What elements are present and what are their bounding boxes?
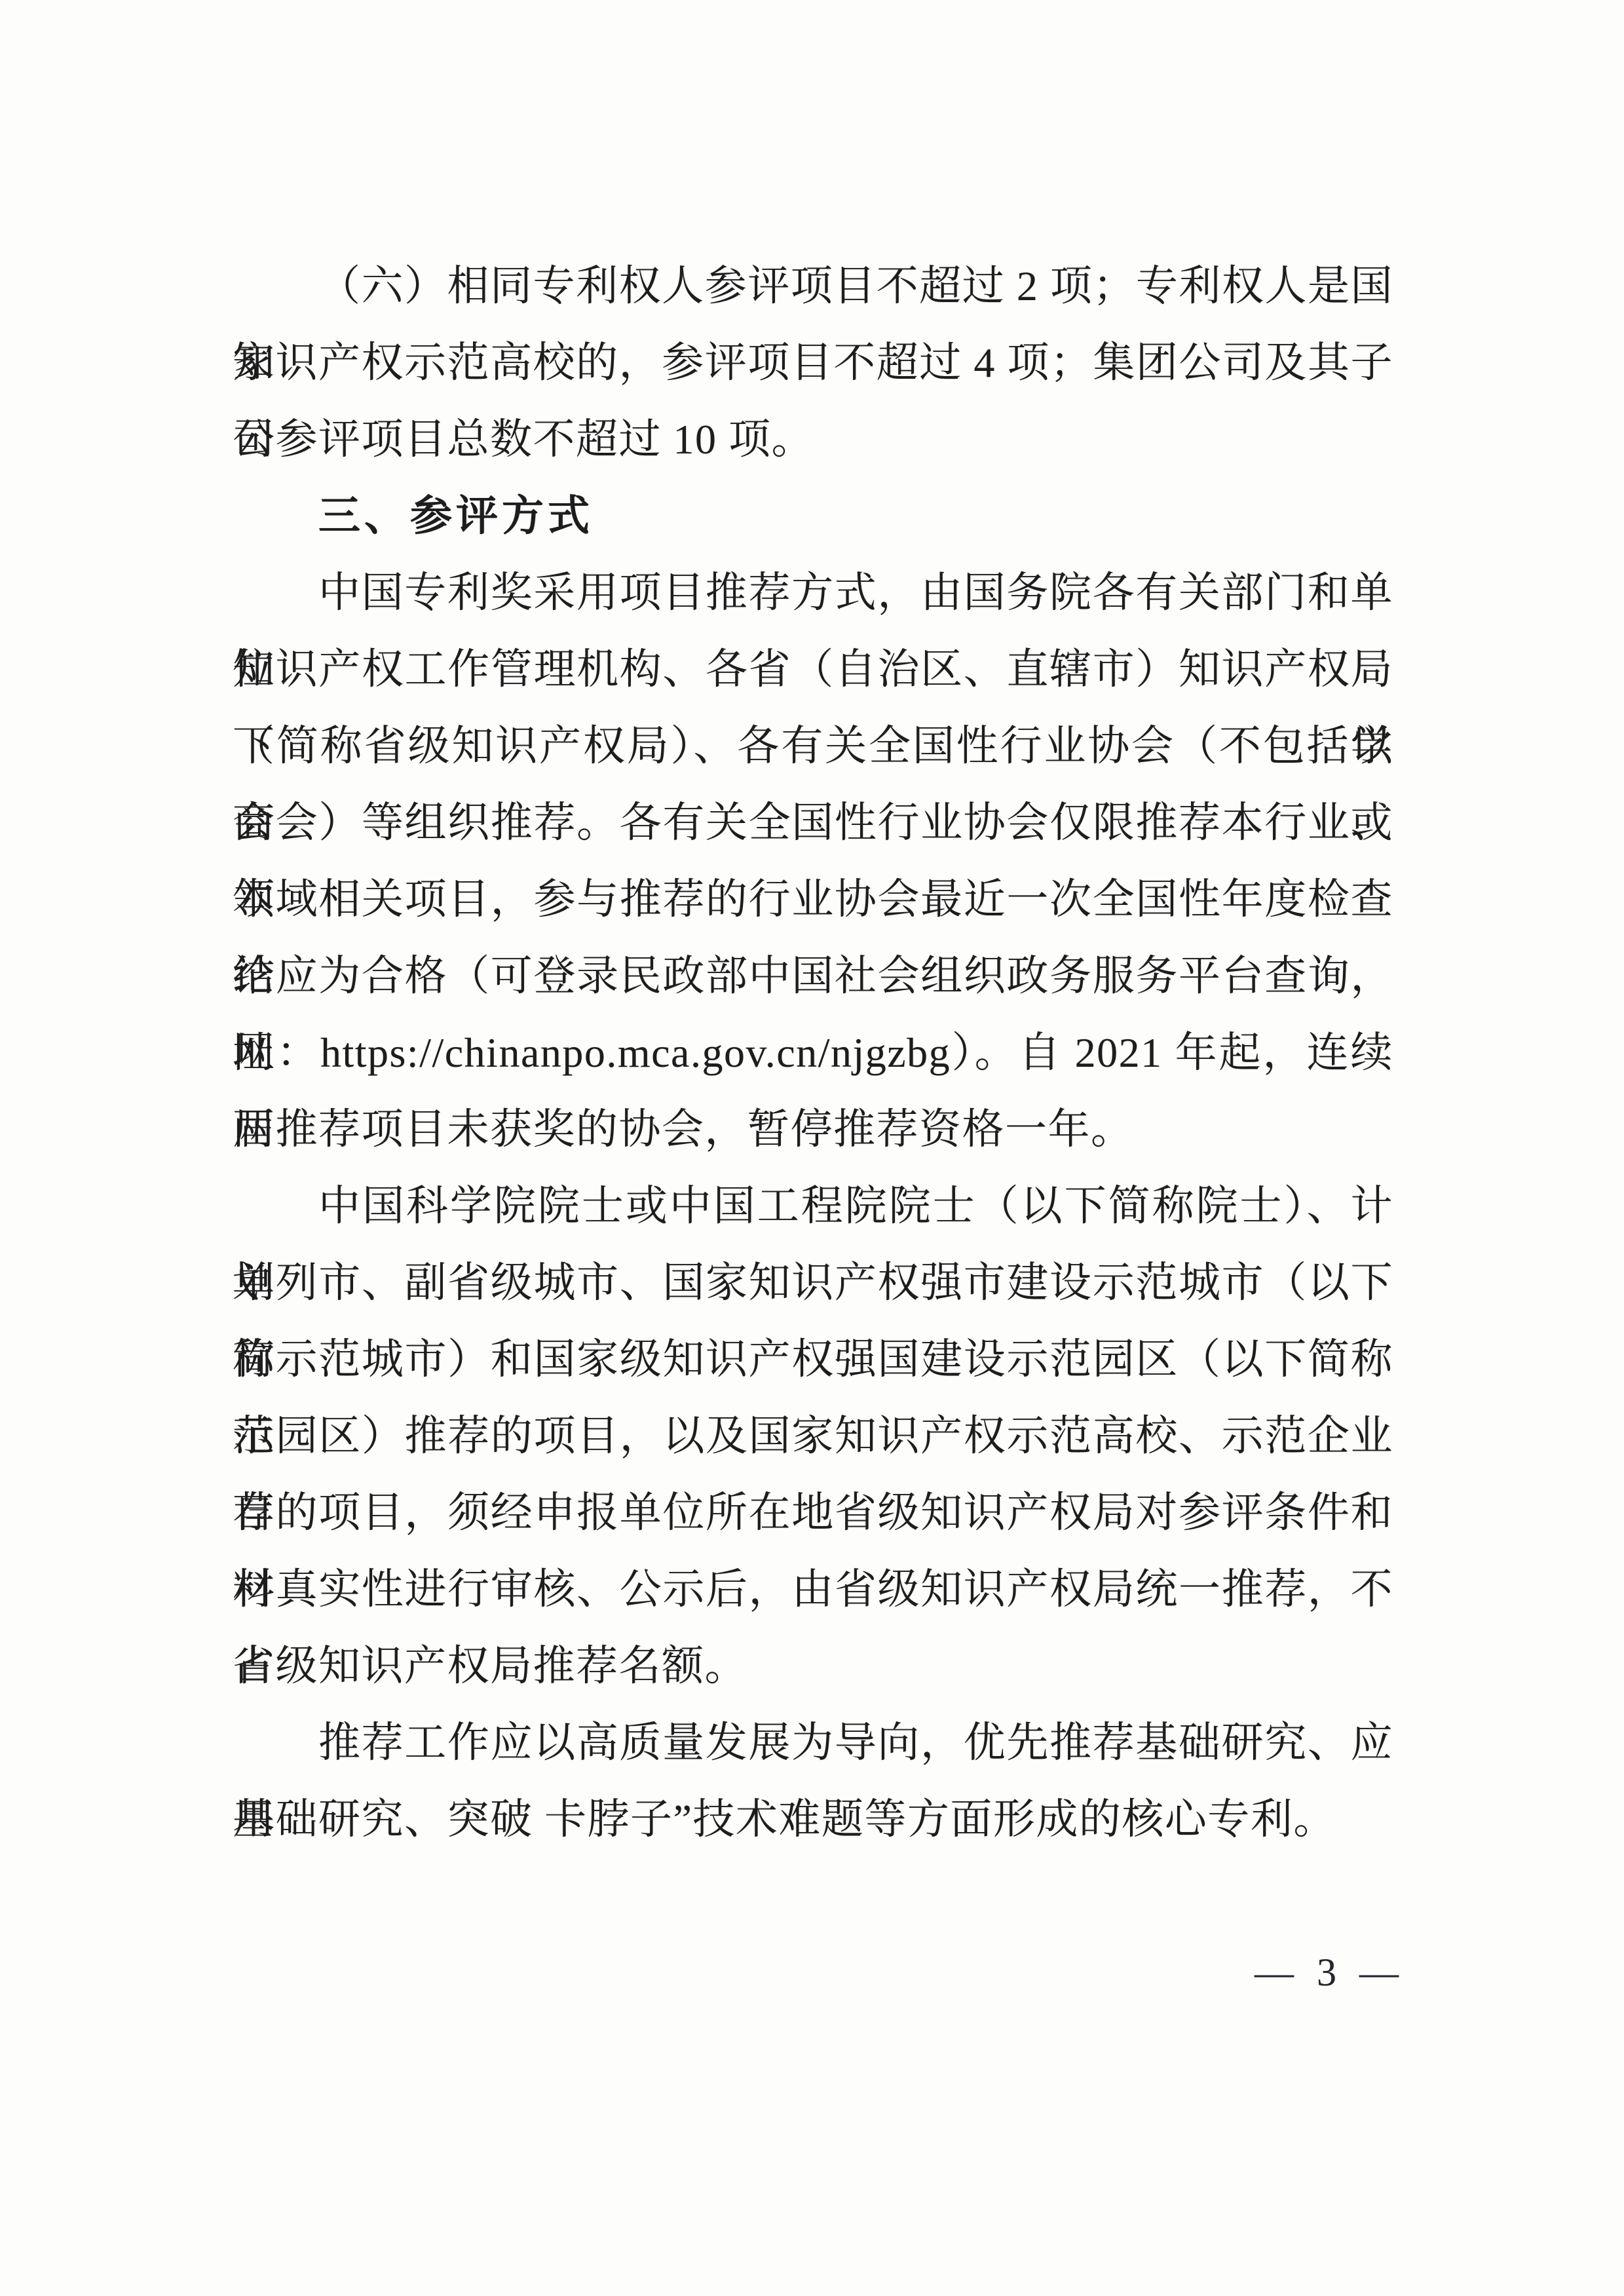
text-line: 司参评项目总数不超过 10 项。 — [233, 401, 1393, 478]
text-line: 料真实性进行审核、公示后，由省级知识产权局统一推荐，不占 — [233, 1551, 1393, 1628]
text-line-with-url: 址：https://chinanpo.mca.gov.cn/njgzbg）。自 … — [233, 1014, 1393, 1091]
text-line: 省级知识产权局推荐名额。 — [233, 1628, 1393, 1704]
text-line: 基础研究、突破 卡脖子”技术难题等方面形成的核心专利。 — [233, 1781, 1393, 1858]
text-line: 单列市、副省级城市、国家知识产权强市建设示范城市（以下简 — [233, 1244, 1393, 1321]
document-body: （六）相同专利权人参评项目不超过 2 项；专利权人是国家 知识产权示范高校的，参… — [233, 248, 1393, 1858]
text-line: 推荐工作应以高质量发展为导向，优先推荐基础研究、应用 — [233, 1704, 1393, 1781]
document-page: （六）相同专利权人参评项目不超过 2 项；专利权人是国家 知识产权示范高校的，参… — [0, 0, 1624, 2296]
page-number: — 3 — — [1255, 1934, 1405, 2011]
text-line: 中国科学院院士或中国工程院院士（以下简称院士）、计划 — [233, 1168, 1393, 1244]
text-line: 称示范城市）和国家级知识产权强国建设示范园区（以下简称示 — [233, 1321, 1393, 1398]
section-heading: 三、参评方式 — [233, 478, 1393, 554]
text-line: 荐的项目，须经申报单位所在地省级知识产权局对参评条件和材 — [233, 1474, 1393, 1551]
text-line: 知识产权示范高校的，参评项目不超过 4 项；集团公司及其子公 — [233, 324, 1393, 401]
text-line: 知识产权工作管理机构、各省（自治区、直辖市）知识产权局（以 — [233, 631, 1393, 708]
text-line: 范园区）推荐的项目，以及国家知识产权示范高校、示范企业自 — [233, 1398, 1393, 1474]
text-line: 领域相关项目，参与推荐的行业协会最近一次全国性年度检查结 — [233, 861, 1393, 938]
text-line: 论应为合格（可登录民政部中国社会组织政务服务平台查询，网 — [233, 938, 1393, 1014]
text-line: 届推荐项目未获奖的协会，暂停推荐资格一年。 — [233, 1091, 1393, 1168]
text-line: 下简称省级知识产权局）、各有关全国性行业协会（不包括学会、 — [233, 708, 1393, 784]
text-line: （六）相同专利权人参评项目不超过 2 项；专利权人是国家 — [233, 248, 1393, 324]
text-line: 中国专利奖采用项目推荐方式，由国务院各有关部门和单位 — [233, 554, 1393, 631]
text-line: 商会）等组织推荐。各有关全国性行业协会仅限推荐本行业或本 — [233, 784, 1393, 861]
